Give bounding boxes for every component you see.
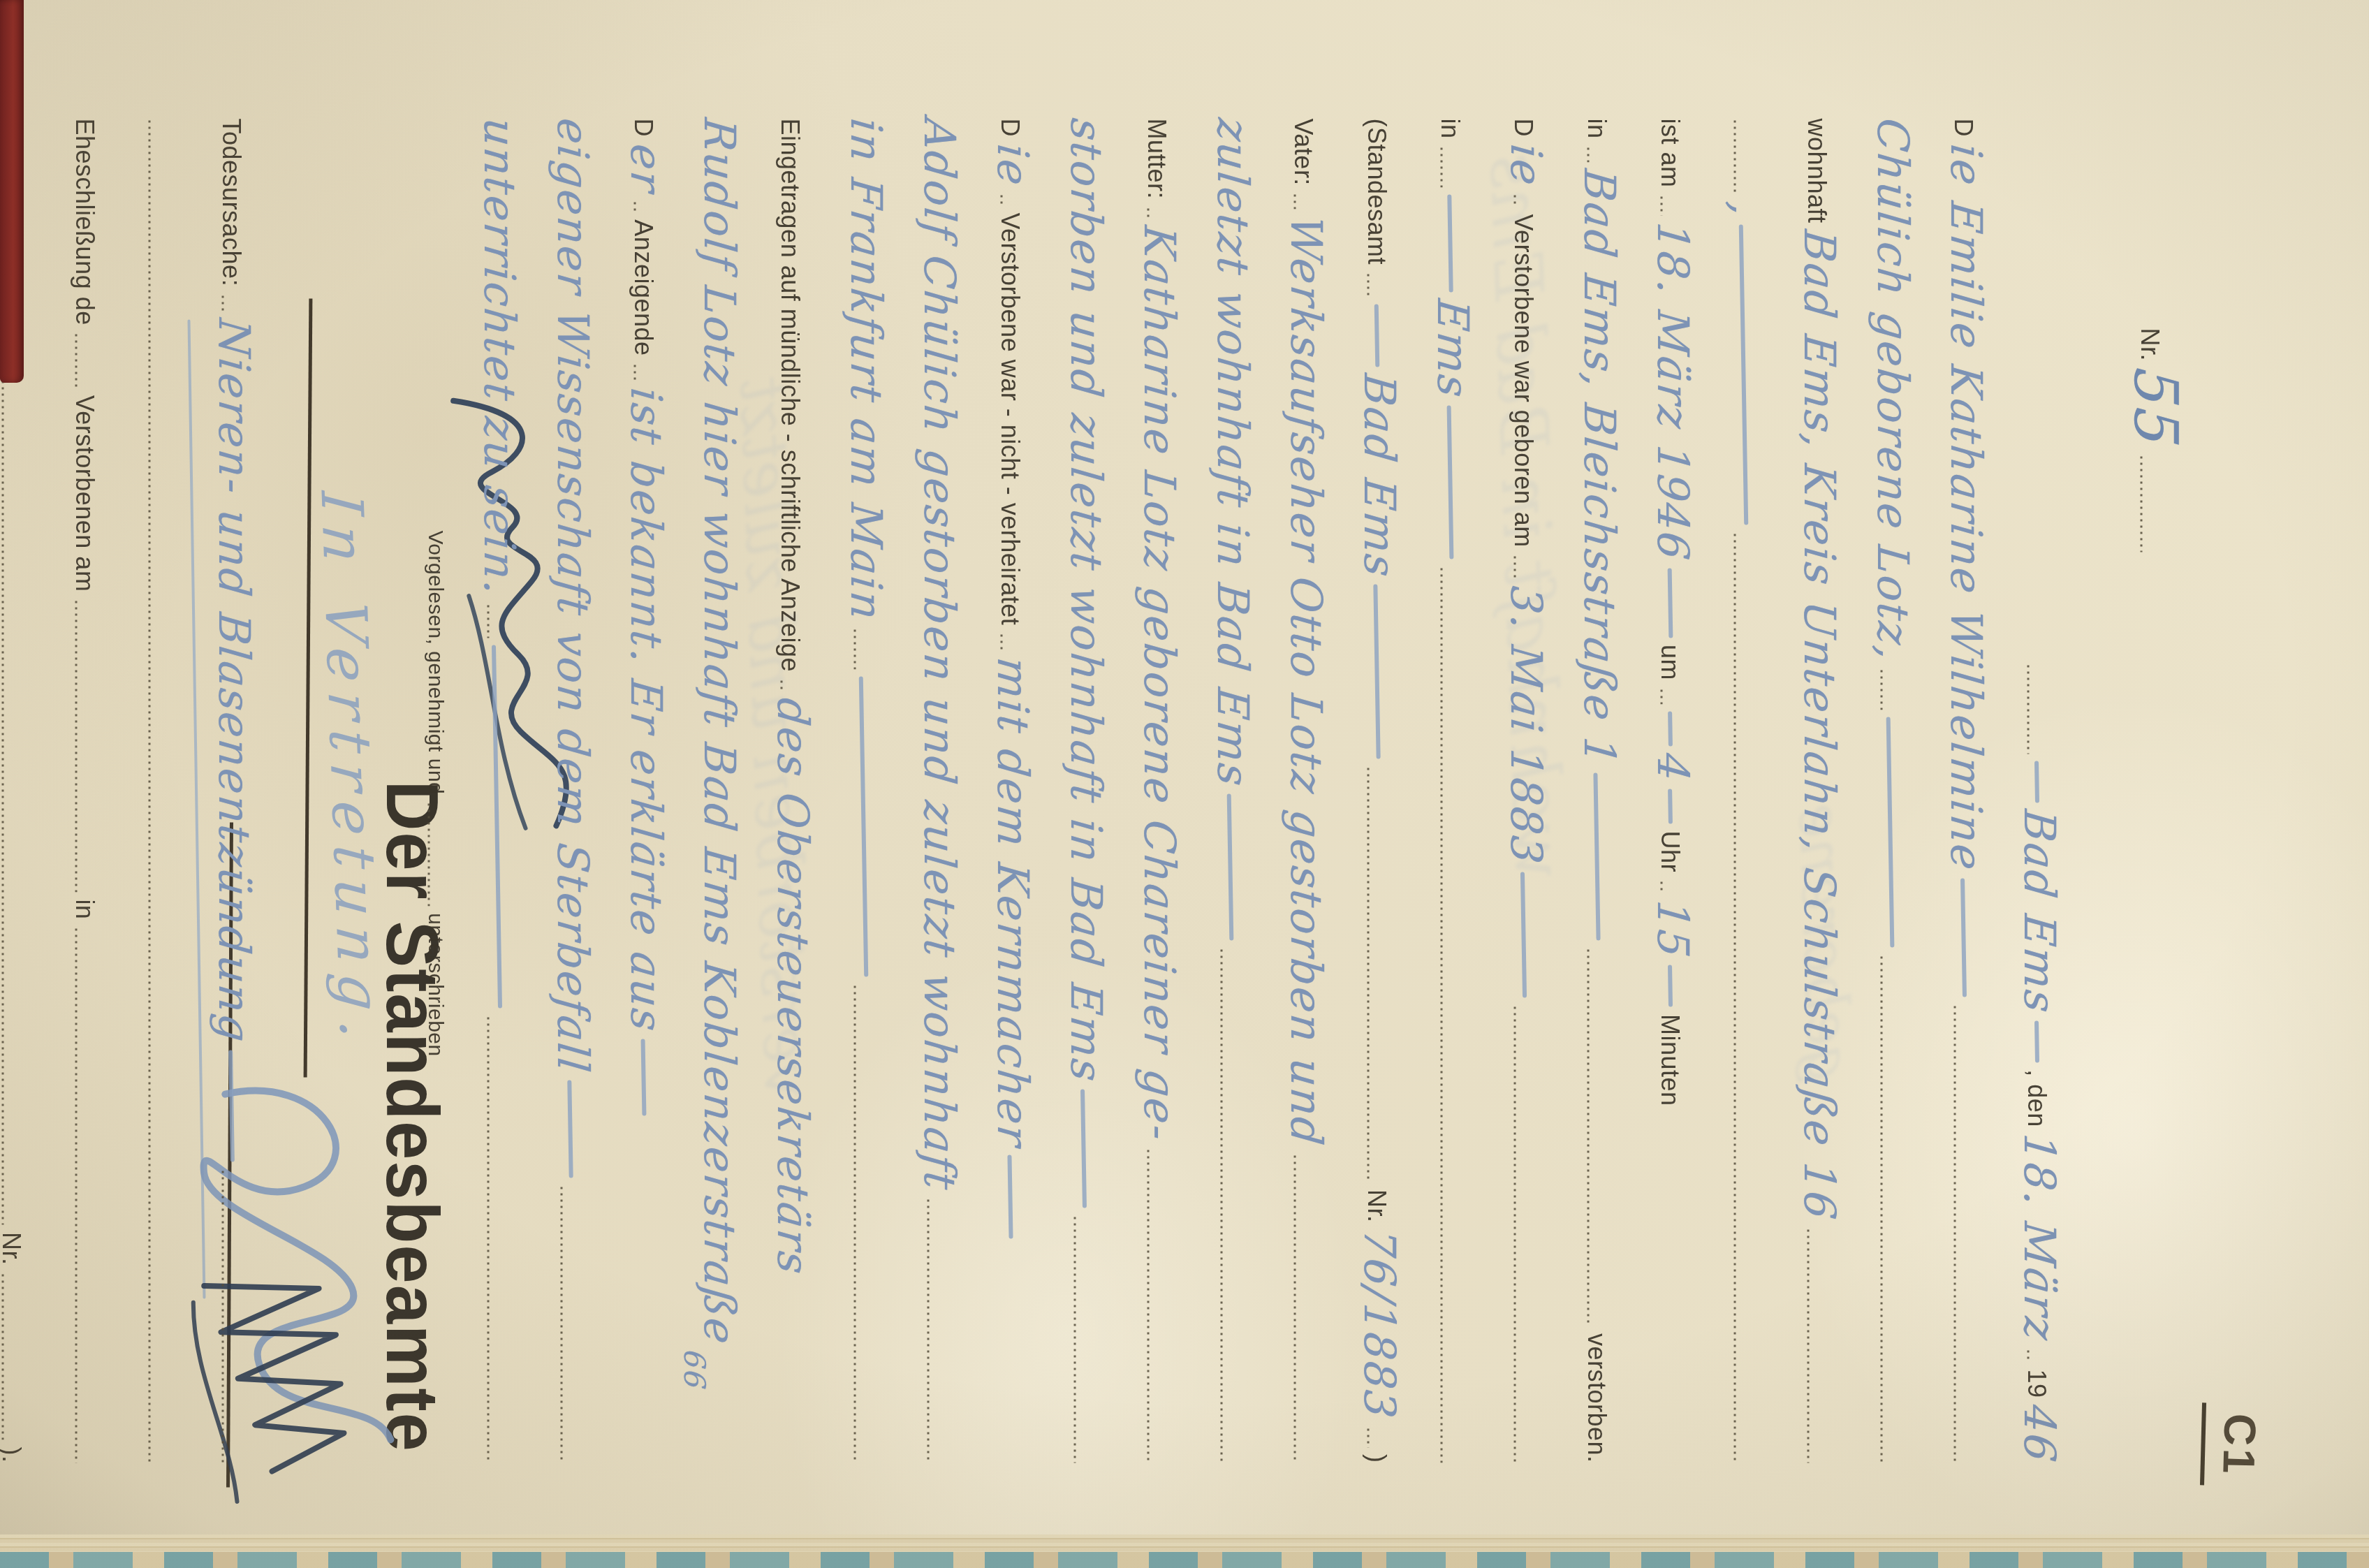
handwritten-entry: 15: [1652, 898, 1693, 960]
deceased-name-line: Die Emilie Katharine Wilhelmine: [1949, 119, 2016, 1470]
marriage-line: Eheschließung deVerstorbenen amin: [71, 119, 138, 1470]
mother-continuation-line: storben und zuletzt wohnhaft in Bad Ems: [1069, 119, 1136, 1470]
dotted-line: [927, 1198, 930, 1463]
dotted-line: [75, 332, 78, 388]
death-place-line: inBad Ems, Bleichsstraße 1verstorben.: [1583, 119, 1650, 1470]
printed-label: ).: [0, 1447, 24, 1463]
printed-label: Minuten: [1657, 1014, 1682, 1106]
ink-dash: [1668, 965, 1673, 1007]
dotted-line: [1660, 879, 1664, 893]
dotted-line: [1367, 766, 1370, 1182]
father-line: Vater:Werksaufseher Otto Lotz gestorben …: [1289, 119, 1356, 1470]
handwritten-entry: 55: [2126, 365, 2183, 450]
rotated-page: C1 wohnhaft in Bad Ems geborene verstorb…: [0, 0, 2369, 1568]
dotted-line: [2140, 454, 2143, 552]
dotted-line: [1953, 1004, 1957, 1463]
dotted-line: [427, 801, 431, 906]
entry-number-line: Nr.55: [2136, 328, 2203, 629]
handwritten-entry: Adolf Chülich gestorben und zuletzt wohn…: [918, 117, 960, 1192]
printed-label: Vorgelesen, genehmigt und: [425, 531, 446, 795]
dotted-line: [1440, 146, 1444, 188]
printed-label: 19: [2024, 1370, 2049, 1398]
printed-label: Todesursache:: [219, 119, 244, 287]
ink-dash: [1668, 568, 1673, 638]
dotted-line: [221, 1168, 225, 1463]
handwritten-entry: Werksaufseher Otto Lotz gestorben und: [1285, 214, 1326, 1148]
handwritten-entry: mit dem Kernmacher: [992, 656, 1033, 1150]
handwritten-entry: ie: [992, 142, 1033, 188]
residence-continuation-line: ,: [1729, 119, 1796, 1470]
printed-label: Anzeigende: [631, 219, 656, 356]
dotted-line: [1880, 955, 1884, 1463]
dotted-line: [1513, 1004, 1517, 1463]
handwritten-entry: 46: [2018, 1403, 2060, 1465]
ink-dash: [2034, 761, 2039, 803]
handwritten-entry: des Obersteuersekretärs: [772, 696, 813, 1277]
dotted-line: [1000, 193, 1004, 206]
marbled-page-edge: [0, 1552, 2369, 1568]
page-edge-stack: [0, 1534, 2369, 1553]
in-vertretung-note: In Vertretung.: [307, 490, 393, 1052]
dotted-line: [75, 926, 78, 1463]
folio-stamp: C1: [2200, 1402, 2266, 1486]
printed-label: ): [1364, 1454, 1389, 1463]
ink-dash: [1373, 585, 1380, 759]
printed-label: Nr.: [0, 1232, 24, 1266]
registration-basis-line: Eingetragen auf mündliche - schriftliche…: [776, 119, 843, 1470]
death-datetime-line: ist am18. März 1946um4Uhr15Minuten: [1656, 119, 1723, 1470]
printed-label: Verstorbenen am: [72, 395, 97, 592]
dotted-line: [75, 599, 78, 892]
printed-label: Verstorbene war geboren am: [1511, 214, 1536, 548]
dotted-line: [1807, 1227, 1810, 1463]
informant-line: Rudolf Lotz hier wohnhaft Bad Ems Koblen…: [703, 119, 770, 1470]
document: C1 wohnhaft in Bad Ems geborene verstorb…: [0, 0, 2369, 1568]
printed-label: Uhr: [1657, 831, 1682, 873]
dotted-line: [1440, 566, 1444, 1463]
printed-label: verstorben.: [1584, 1333, 1609, 1463]
ink-dash: [1520, 872, 1527, 997]
handwritten-entry: er: [625, 142, 666, 194]
dotted-line: [2027, 1349, 2030, 1363]
ink-dash: [1668, 789, 1673, 823]
dotted-line: [1587, 146, 1590, 163]
mother-line: Mutter:Katharine Lotz geborene Chareiner…: [1143, 119, 1210, 1470]
dotted-line: [1293, 1154, 1297, 1463]
printed-label: Nr.: [2137, 328, 2162, 362]
printed-label: in: [1584, 119, 1609, 139]
printed-label: wohnhaft: [1804, 119, 1829, 224]
handwritten-entry: ie Emilie Katharine Wilhelmine: [1945, 142, 1986, 872]
dotted-line: [560, 1185, 564, 1463]
dotted-line: [633, 363, 637, 381]
handwritten-entry: 18. März: [2018, 1132, 2060, 1343]
birth-place-line: inEms: [1436, 119, 1503, 1470]
printed-label: um: [1657, 645, 1682, 680]
printed-label: (Standesamt: [1364, 119, 1389, 265]
dotted-line: [1733, 532, 1737, 1463]
handwritten-entry: Bad Ems, Bleichsstraße 1: [1578, 168, 1620, 768]
informed-line: unterrichtet zu sein.: [483, 119, 550, 1470]
dotted-line: [780, 679, 784, 691]
dotted-line: [1073, 1215, 1077, 1463]
handwritten-entry: ,: [1725, 200, 1766, 219]
dotted-line: [1587, 948, 1590, 1326]
printed-label: unterschrieben: [425, 913, 446, 1056]
handwritten-entry: Bad Ems: [1358, 372, 1400, 580]
separator-rule: [304, 298, 313, 1077]
dotted-line: [1367, 1426, 1370, 1447]
spouse-line: Adolf Chülich gestorben und zuletzt wohn…: [923, 119, 990, 1470]
handwritten-entry: 3. Mai 1883: [1505, 585, 1546, 867]
ink-dash: [641, 1039, 647, 1116]
dotted-line: [1147, 206, 1150, 219]
dotted-line: [1513, 193, 1517, 207]
handwritten-entry: Katharine Lotz geborene Chareiner ge-: [1138, 224, 1180, 1143]
father-continuation-line: zuletzt wohnhaft in Bad Ems: [1216, 119, 1283, 1470]
ink-dash: [1447, 194, 1453, 292]
ink-dash: [1960, 878, 1967, 997]
dotted-line: [1000, 632, 1004, 650]
birth-registry-line: (StandesamtBad EmsNr.76/1883): [1363, 119, 1430, 1470]
handwritten-entry: 76/1883: [1358, 1228, 1400, 1421]
dotted-line: [1660, 687, 1664, 704]
printed-label: D: [631, 119, 656, 138]
printed-label: ist am: [1657, 119, 1682, 188]
book-spine-ribbon: [0, 0, 24, 383]
maiden-name-line: Chülich geborene Lotz,: [1876, 119, 1943, 1470]
ink-dash: [1886, 717, 1895, 948]
handwritten-entry: Ems: [1432, 298, 1473, 400]
residence-line: wohnhaftBad Ems, Kreis Unterlahn, Schuls…: [1803, 119, 1870, 1470]
handwritten-entry: eigener Wissenschaft von dem Sterbefall: [552, 117, 593, 1075]
dotted-line: [1147, 1148, 1150, 1463]
dotted-line: [853, 628, 857, 670]
dotted-line: [853, 984, 857, 1463]
spouse-continuation-line: in Frankfurt am Main: [849, 119, 916, 1470]
dotted-line: [1, 272, 5, 1225]
printed-label: D: [1511, 119, 1536, 138]
handwritten-entry: Nieren- und Blasenentzündung: [213, 317, 254, 1045]
ink-dash: [228, 1050, 235, 1162]
printed-label: Verstorbene war - nicht - verheiratet: [997, 213, 1022, 626]
printed-label: D: [1951, 119, 1976, 138]
ink-dash: [1739, 224, 1749, 525]
dotted-line: [1733, 119, 1737, 196]
dotted-line: [1513, 555, 1517, 580]
handwritten-entry: Bad Ems: [2018, 808, 2060, 1016]
ink-dash: [567, 1080, 573, 1178]
printed-label: Eheschließung de: [72, 119, 97, 325]
handwritten-entry: 18. März 1946: [1652, 221, 1693, 563]
handwritten-entry: Rudolf Lotz hier wohnhaft Bad Ems Koblen…: [698, 117, 740, 1347]
handwritten-entry: zuletzt wohnhaft in Bad Ems: [1212, 117, 1253, 789]
handwritten-entry: Bad Ems, Kreis Unterlahn, Schulstraße 16: [1798, 228, 1840, 1222]
read-approved-line: Vorgelesen, genehmigt undunterschrieben: [423, 531, 490, 1051]
ink-dash: [1227, 794, 1234, 941]
marital-status-line: DieVerstorbene war - nicht - verheiratet…: [996, 119, 1063, 1470]
handwritten-entry: unterrichtet zu sein.: [478, 117, 520, 598]
dotted-line: [1, 1273, 5, 1440]
informant-known-line: DerAnzeigendeist bekannt. Er erklärte au…: [629, 119, 696, 1470]
dotted-line: [221, 293, 225, 312]
knowledge-line: eigener Wissenschaft von dem Sterbefall: [556, 119, 623, 1470]
handwritten-entry: storben und zuletzt wohnhaft in Bad Ems: [1065, 117, 1106, 1084]
cause-of-death-blank-line: [144, 119, 211, 1470]
handwritten-entry: ie: [1505, 142, 1546, 188]
printed-label: in: [72, 899, 97, 919]
ink-dash: [492, 645, 502, 1008]
ink-dash: [1593, 773, 1600, 941]
handwritten-entry: in Frankfurt am Main: [845, 117, 886, 623]
ink-dash: [1374, 304, 1380, 367]
cause-of-death-line: Todesursache:Nieren- und Blasenentzündun…: [217, 119, 284, 1470]
dotted-line: [1293, 193, 1297, 210]
printed-label: Mutter:: [1144, 119, 1169, 200]
ink-dash: [1668, 711, 1673, 746]
dotted-line: [633, 200, 637, 212]
ink-dash: [1447, 405, 1454, 559]
dotted-line: [1367, 272, 1370, 297]
place-date-line: Bad Ems, den18. März1946: [2023, 664, 2090, 1470]
handwritten-entry: 4: [1652, 752, 1693, 784]
ink-dash: [1080, 1090, 1087, 1208]
dotted-line: [1220, 948, 1224, 1463]
dotted-line: [148, 119, 152, 1463]
printed-label: Nr.: [1364, 1189, 1389, 1223]
printed-label: , den: [2024, 1069, 2049, 1127]
printed-label: Vater:: [1291, 119, 1316, 186]
dotted-line: [1660, 195, 1664, 216]
printed-label: in: [1437, 119, 1462, 139]
dotted-line: [1880, 668, 1884, 710]
birth-date-line: DieVerstorbene war geboren am3. Mai 1883: [1509, 119, 1576, 1470]
printed-label: Eingetragen auf mündliche - schriftliche…: [777, 119, 802, 672]
handwritten-entry: ist bekannt. Er erklärte aus: [625, 386, 666, 1034]
ink-dash: [2034, 1020, 2039, 1062]
handwritten-entry: Chülich geborene Lotz,: [1872, 117, 1913, 663]
ink-dash: [859, 677, 869, 977]
ink-dash: [1007, 1155, 1013, 1238]
dotted-line: [487, 1015, 490, 1463]
dotted-line: [2027, 664, 2030, 754]
printed-label: D: [997, 119, 1022, 138]
